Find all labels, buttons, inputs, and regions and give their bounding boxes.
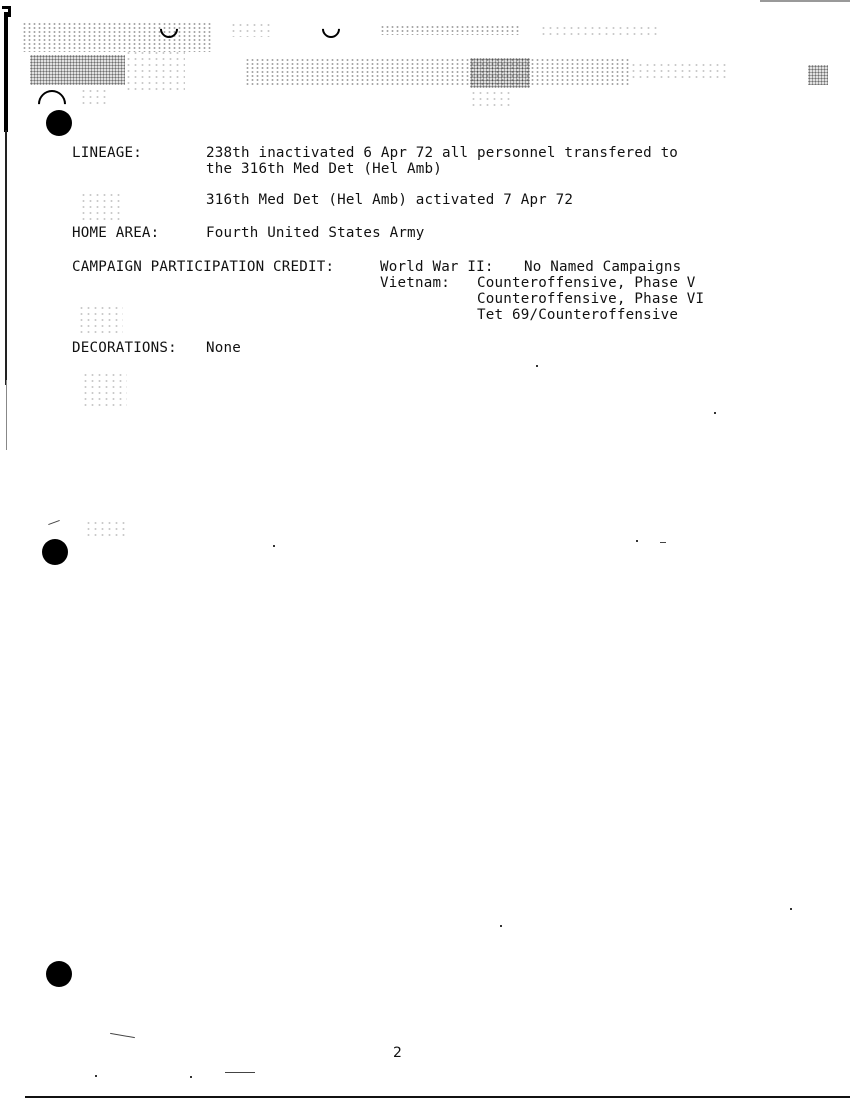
scan-noise [245, 58, 630, 86]
scan-bottom-edge [25, 1096, 850, 1098]
scan-speck [95, 1075, 97, 1077]
scan-speck [273, 545, 275, 547]
campaign-war-label: World War II: [380, 259, 494, 275]
decorations-value: None [206, 340, 241, 356]
scan-edge-bar [4, 12, 8, 132]
scan-speck [48, 520, 60, 525]
campaign-entry: Tet 69/Counteroffensive [477, 307, 678, 323]
scan-speck [190, 1076, 192, 1078]
home-area-value: Fourth United States Army [206, 225, 425, 241]
scan-noise [470, 58, 530, 88]
lineage-entry-line: 238th inactivated 6 Apr 72 all personnel… [206, 145, 678, 161]
decorations-label: DECORATIONS: [72, 340, 177, 356]
scan-noise [22, 22, 212, 52]
scan-speck [536, 365, 538, 367]
scan-noise [470, 90, 510, 110]
scan-noise [808, 65, 828, 85]
scanned-document-page: LINEAGE: 238th inactivated 6 Apr 72 all … [0, 0, 850, 1099]
scan-edge-bar [5, 130, 7, 385]
page-number: 2 [393, 1045, 402, 1061]
lineage-entry-line: 316th Med Det (Hel Amb) activated 7 Apr … [206, 192, 573, 208]
lineage-entry-line: the 316th Med Det (Hel Amb) [206, 161, 442, 177]
scan-noise [380, 25, 520, 35]
scan-noise [80, 88, 110, 108]
scan-speck [636, 540, 638, 542]
scan-noise [540, 25, 660, 37]
campaign-war-label: Vietnam: [380, 275, 450, 291]
scan-noise [630, 62, 730, 80]
scan-noise [78, 305, 123, 335]
campaign-credit-label: CAMPAIGN PARTICIPATION CREDIT: [72, 259, 334, 275]
scan-noise [80, 192, 120, 222]
lineage-label: LINEAGE: [72, 145, 142, 161]
scan-speck [714, 412, 716, 414]
scan-noise [82, 372, 127, 407]
punch-hole [46, 961, 72, 987]
scan-speck [110, 1033, 135, 1038]
punch-hole [42, 539, 68, 565]
home-area-label: HOME AREA: [72, 225, 159, 241]
scan-arc-mark [318, 16, 343, 41]
scan-speck [660, 542, 666, 543]
scan-noise [30, 55, 125, 85]
punch-hole [46, 110, 72, 136]
scan-noise [85, 520, 125, 540]
scan-edge-line [760, 0, 850, 2]
campaign-entry: No Named Campaigns [524, 259, 681, 275]
scan-noise [230, 22, 270, 37]
campaign-entry: Counteroffensive, Phase VI [477, 291, 704, 307]
scan-speck [500, 925, 502, 927]
scan-edge-bar [6, 380, 7, 450]
scan-speck [790, 908, 792, 910]
scan-noise [125, 50, 185, 90]
scan-speck [225, 1072, 255, 1073]
campaign-entry: Counteroffensive, Phase V [477, 275, 696, 291]
